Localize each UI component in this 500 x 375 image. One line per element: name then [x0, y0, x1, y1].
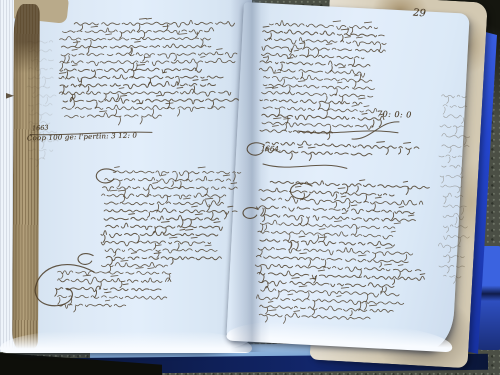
handwriting-layer: 29 70: 0: 0 1664. 1663 Coop 100 ge: l'pe…: [0, 0, 500, 375]
amount-annotation: 70: 0: 0: [377, 110, 412, 119]
page-number: 29: [413, 9, 426, 20]
year-note-left-page: 1663: [32, 125, 49, 132]
handwriting-strokes: [0, 0, 500, 375]
year-note-right-page: 1664.: [261, 146, 281, 154]
manuscript-photo: 29 70: 0: 0 1664. 1663 Coop 100 ge: l'pe…: [0, 0, 500, 375]
